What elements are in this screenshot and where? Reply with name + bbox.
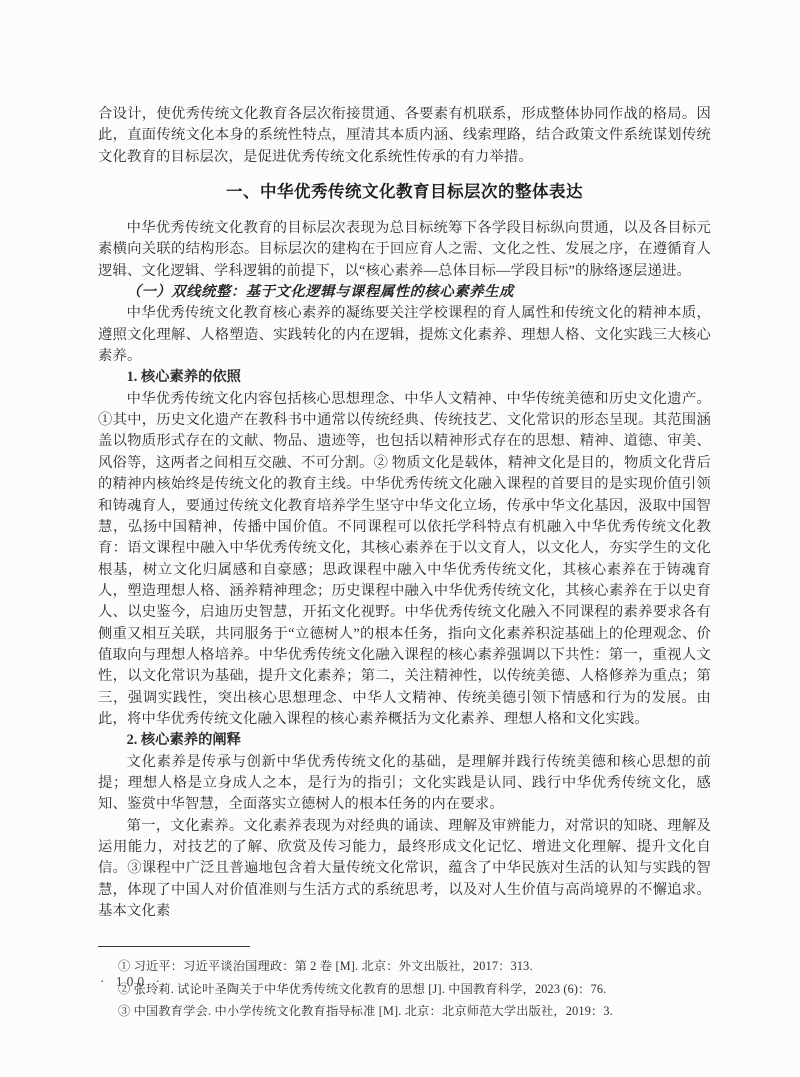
point2-paragraph-2: 第一，文化素养。文化素养表现为对经典的诵读、理解及审辨能力，对常识的知晓、理解及… (98, 816, 711, 923)
section-heading: 一、中华优秀传统文化教育目标层次的整体表达 (98, 180, 711, 204)
footnote-3: ③ 中国教育学会. 中小学传统文化教育指导标准 [M]. 北京：北京师范大学出版… (118, 1000, 711, 1022)
footnote-1: ① 习近平：习近平谈治国理政：第 2 卷 [M]. 北京：外文出版社，2017：… (118, 955, 711, 977)
footnotes: ① 习近平：习近平谈治国理政：第 2 卷 [M]. 北京：外文出版社，2017：… (98, 955, 711, 1022)
point2-heading: 2. 核心素养的阐释 (98, 730, 711, 751)
document-page: 合设计，使优秀传统文化教育各层次衔接贯通、各要素有机联系，形成整体协同作战的格局… (0, 0, 800, 1077)
footnote-2: ② 张玲莉. 试论叶圣陶关于中华优秀传统文化教育的思想 [J]. 中国教育科学，… (118, 978, 711, 1000)
footnote-divider (98, 946, 250, 947)
page-number: · 100 · (100, 974, 164, 990)
point2-paragraph-1: 文化素养是传承与创新中华优秀传统文化的基础，是理解并践行传统美德和核心思想的前提… (98, 752, 711, 816)
subsection-heading: （一）双线统整：基于文化逻辑与课程属性的核心素养生成 (98, 282, 711, 303)
continuation-paragraph: 合设计，使优秀传统文化教育各层次衔接贯通、各要素有机联系，形成整体协同作战的格局… (98, 104, 711, 168)
point1-heading: 1. 核心素养的依照 (98, 367, 711, 388)
subsection-intro-paragraph: 中华优秀传统文化教育核心素养的凝练要关注学校课程的育人属性和传统文化的精神本质，… (98, 303, 711, 367)
page-content: 合设计，使优秀传统文化教育各层次衔接贯通、各要素有机联系，形成整体协同作战的格局… (98, 104, 711, 1022)
point1-paragraph: 中华优秀传统文化内容包括核心思想理念、中华人文精神、中华传统美德和历史文化遗产。… (98, 389, 711, 731)
intro-paragraph: 中华优秀传统文化教育的目标层次表现为总目标统筹下各学段目标纵向贯通，以及各目标元… (98, 218, 711, 282)
